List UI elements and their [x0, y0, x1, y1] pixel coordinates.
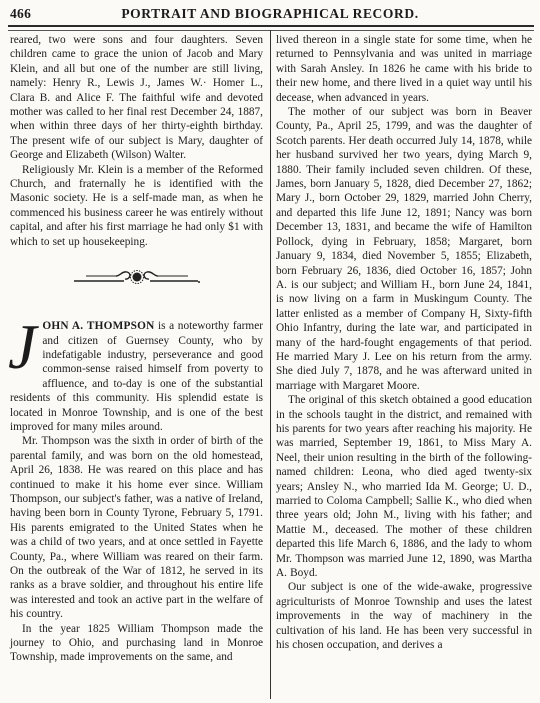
running-title: PORTRAIT AND BIOGRAPHICAL RECORD.	[8, 6, 532, 22]
paragraph-father-marriage: lived thereon in a single state for some…	[276, 33, 532, 105]
paragraph-education-marriage: The original of this sketch obtained a g…	[276, 393, 532, 580]
paragraph-klein-religion: Religiously Mr. Klein is a member of the…	[10, 163, 263, 249]
right-column: lived thereon in a single state for some…	[276, 33, 532, 652]
flourish-icon	[72, 267, 202, 287]
book-page: 466 PORTRAIT AND BIOGRAPHICAL RECORD. re…	[0, 0, 540, 703]
left-column: reared, two were sons and four daughters…	[10, 33, 263, 665]
paragraph-mother-family: The mother of our subject was born in Be…	[276, 105, 532, 393]
page-header: 466 PORTRAIT AND BIOGRAPHICAL RECORD.	[8, 4, 532, 24]
paragraph-agriculture: Our subject is one of the wide-awake, pr…	[276, 580, 532, 652]
drop-cap-letter: J	[8, 321, 36, 379]
header-rule	[8, 25, 534, 31]
paragraph-thompson-birth: Mr. Thompson was the sixth in order of b…	[10, 434, 263, 621]
intro-text: is a noteworthy farmer and citizen of Gu…	[10, 320, 263, 433]
paragraph-father-ohio: In the year 1825 William Thompson made t…	[10, 622, 263, 665]
column-divider	[270, 30, 271, 699]
subject-name: OHN A. THOMPSON	[42, 320, 154, 332]
paragraph-klein-children: reared, two were sons and four daughters…	[10, 33, 263, 163]
paragraph-thompson-intro: JOHN A. THOMPSON is a noteworthy farmer …	[10, 319, 263, 434]
scroll-flourish-ornament-icon	[10, 257, 263, 297]
